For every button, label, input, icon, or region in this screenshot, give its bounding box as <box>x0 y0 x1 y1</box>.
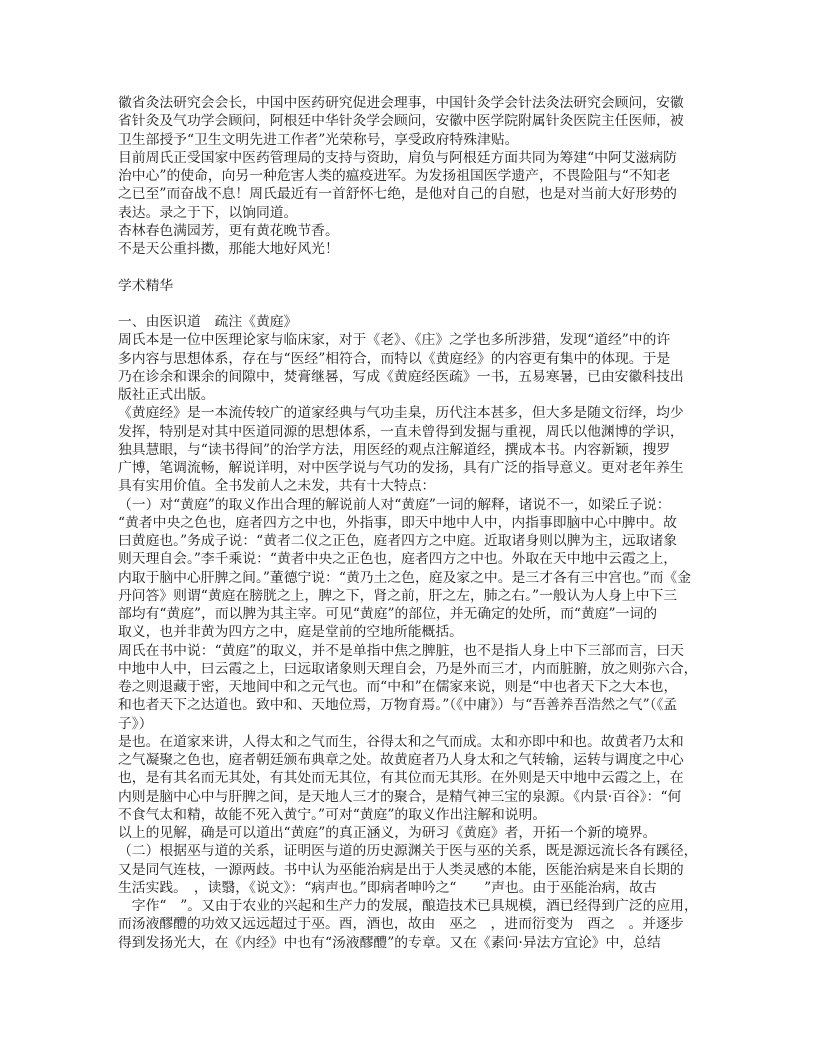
text-line: 是也。在道家来讲，人得太和之气而生，谷得太和之气而成。太和亦即中和也。故黄者乃太… <box>118 733 702 751</box>
text-line: 中地中人中，曰云霞之上，曰远取诸象则天理自会，乃是外而三才，内而脏腑，放之则弥六… <box>118 660 702 678</box>
text-line: 版社正式出版。 <box>118 386 702 404</box>
text-line: 目前周氏正受国家中医药管理局的支持与资助，肩负与阿根廷方面共同为筹建“中阿艾滋病… <box>118 149 702 167</box>
text-line: 之气凝聚之色也，庭者朝廷颁布典章之处。故黄庭者乃人身太和之气转输，运转与调度之中… <box>118 751 702 769</box>
text-line: 之已至”而奋战不息！周氏最近有一首舒怀七绝，是他对自己的自慰，也是对当前大好形势… <box>118 185 702 203</box>
text-line: “黄者中央之色也，庭者四方之中也，外指事，即天中地中人中，内指事即脑中心中脾中。… <box>118 514 702 532</box>
text-line: 又是同气连枝，一源两歧。书中认为巫能治病是出于人类灵感的本能，医能治病是来自长期… <box>118 861 702 879</box>
text-line: （一）对“黄庭”的取义作出合理的解说前人对“黄庭”一词的解释，诸说不一，如梁丘子… <box>118 496 702 514</box>
text-line: 多内容与思想体系，存在与“医经”相符合，而特以《黄庭经》的内容更有集中的体现。于… <box>118 350 702 368</box>
text-line: 内取于脑中心肝脾之间。”董德宁说：“黄乃土之色，庭及家之中。是三才各有三中宫也。… <box>118 569 702 587</box>
text-line: 也，是有其名而无其处，有其处而无其位，有其位而无其形。在外则是天中地中云霞之上，… <box>118 769 702 787</box>
poem-line: 杏林春色满园芳，更有黄花晚节香。 <box>118 222 702 240</box>
text-line: 省针灸及气功学会顾问，阿根廷中华针灸学会顾问，安徽中医学院附属针灸医院主任医师，… <box>118 112 702 130</box>
text-line: 和也者天下之达道也。致中和、天地位焉，万物育焉。”（《中庸》）与“吾善养吾浩然之… <box>118 696 702 714</box>
text-line: 卷之则退藏于密，天地间中和之元气也。而“中和”在儒家来说，则是“中也者天下之大本… <box>118 678 702 696</box>
text-line: 表达。录之于下，以饷同道。 <box>118 204 702 222</box>
text-line: 徽省灸法研究会会长，中国中医药研究促进会理事，中国针灸学会针法灸法研究会顾问，安… <box>118 94 702 112</box>
poem-line: 不是天公重抖擞，那能大地好风光！ <box>118 240 702 258</box>
text-line: （二）根据巫与道的关系，证明医与道的历史源渊关于医与巫的关系，既是源远流长各有蹊… <box>118 842 702 860</box>
text-line: 以上的见解，确是可以道出“黄庭”的真正涵义，为研习《黄庭》者，开拓一个新的境界。 <box>118 824 702 842</box>
text-line: 得到发扬光大，在《内经》中也有“汤液醪醴”的专章。又在《素问·异法方宜论》中，总… <box>118 934 702 952</box>
text-line: 卫生部授予“卫生文明先进工作者”光荣称号，享受政府特殊津贴。 <box>118 131 702 149</box>
document-page: 徽省灸法研究会会长，中国中医药研究促进会理事，中国针灸学会针法灸法研究会顾问，安… <box>118 94 702 952</box>
subsection-heading: 一、由医识道 疏注《黄庭》 <box>118 313 702 331</box>
text-line: 内则是脑中心中与肝脾之间，是天地人三才的聚合，是精气神三宝的泉源。《内景·百谷》… <box>118 788 702 806</box>
text-line: 周氏在书中说：“黄庭”的取义，并不是单指中焦之脾脏，也不是指人身上中下三部而言，… <box>118 642 702 660</box>
text-line: 发挥，特别是对其中医道同源的思想体系，一直未曾得到发掘与重视，周氏以他渊博的学识… <box>118 423 702 441</box>
text-line: 《黄庭经》是一本流传较广的道家经典与气功圭臬，历代注本甚多，但大多是随文衍绎，均… <box>118 404 702 422</box>
text-line: 而汤液醪醴的功效又远远超过于巫。酉，酒也，故由 巫之 ，进而衍变为 酉之 。并逐… <box>118 915 702 933</box>
text-line: 子》） <box>118 715 702 733</box>
text-line: 广博，笔调流畅，解说详明，对中医学说与气功的发扬，具有广泛的指导意义。更对老年养… <box>118 459 702 477</box>
text-line: 生活实践。 ，读翳，《说文》：“病声也。”即病者呻吟之“ ”声也。由于巫能治病，… <box>118 879 702 897</box>
blank-line <box>118 258 702 276</box>
text-line: 不食气太和精，故能不死入黄宁。”可对“黄庭”的取义作出注解和说明。 <box>118 806 702 824</box>
text-line: 丹问答》则谓“黄庭在膀胱之上，脾之下，肾之前，肝之左，肺之右。”一般认为人身上中… <box>118 587 702 605</box>
text-line: 独具慧眼，与“读书得间”的治学方法，用医经的观点注解道经，撰成本书。内容新颖，搜… <box>118 441 702 459</box>
text-line: 则天理自会。”李千乘说：“黄者中央之正色也，庭者四方之中也。外取在天中地中云霞之… <box>118 550 702 568</box>
text-line: 曰黄庭也。”务成子说：“黄者二仪之正色，庭者四方之中庭。近取诸身则以脾为主，远取… <box>118 532 702 550</box>
blank-line <box>118 295 702 313</box>
text-line: 周氏本是一位中医理论家与临床家，对于《老》、《庄》之学也多所涉猎，发现“道经”中… <box>118 331 702 349</box>
text-line: 治中心”的使命，向另一种危害人类的瘟疫进军。为发扬祖国医学遗产，不畏险阻与“不知… <box>118 167 702 185</box>
text-line: 部均有“黄庭”，而以脾为其主宰。可见“黄庭”的部位，并无确定的处所，而“黄庭”一… <box>118 605 702 623</box>
text-line: 具有实用价值。全书发前人之未发，共有十大特点： <box>118 477 702 495</box>
section-heading: 学术精华 <box>118 277 702 295</box>
text-line: 字作“ ”。又由于农业的兴起和生产力的发展，酿造技术已具规模，酒已经得到广泛的应… <box>118 897 702 915</box>
text-line: 取义，也并非黄为四方之中，庭是堂前的空地所能概括。 <box>118 623 702 641</box>
text-line: 乃在诊余和课余的间隙中，焚膏继晷，写成《黄庭经医疏》一书，五易寒暑，已由安徽科技… <box>118 368 702 386</box>
